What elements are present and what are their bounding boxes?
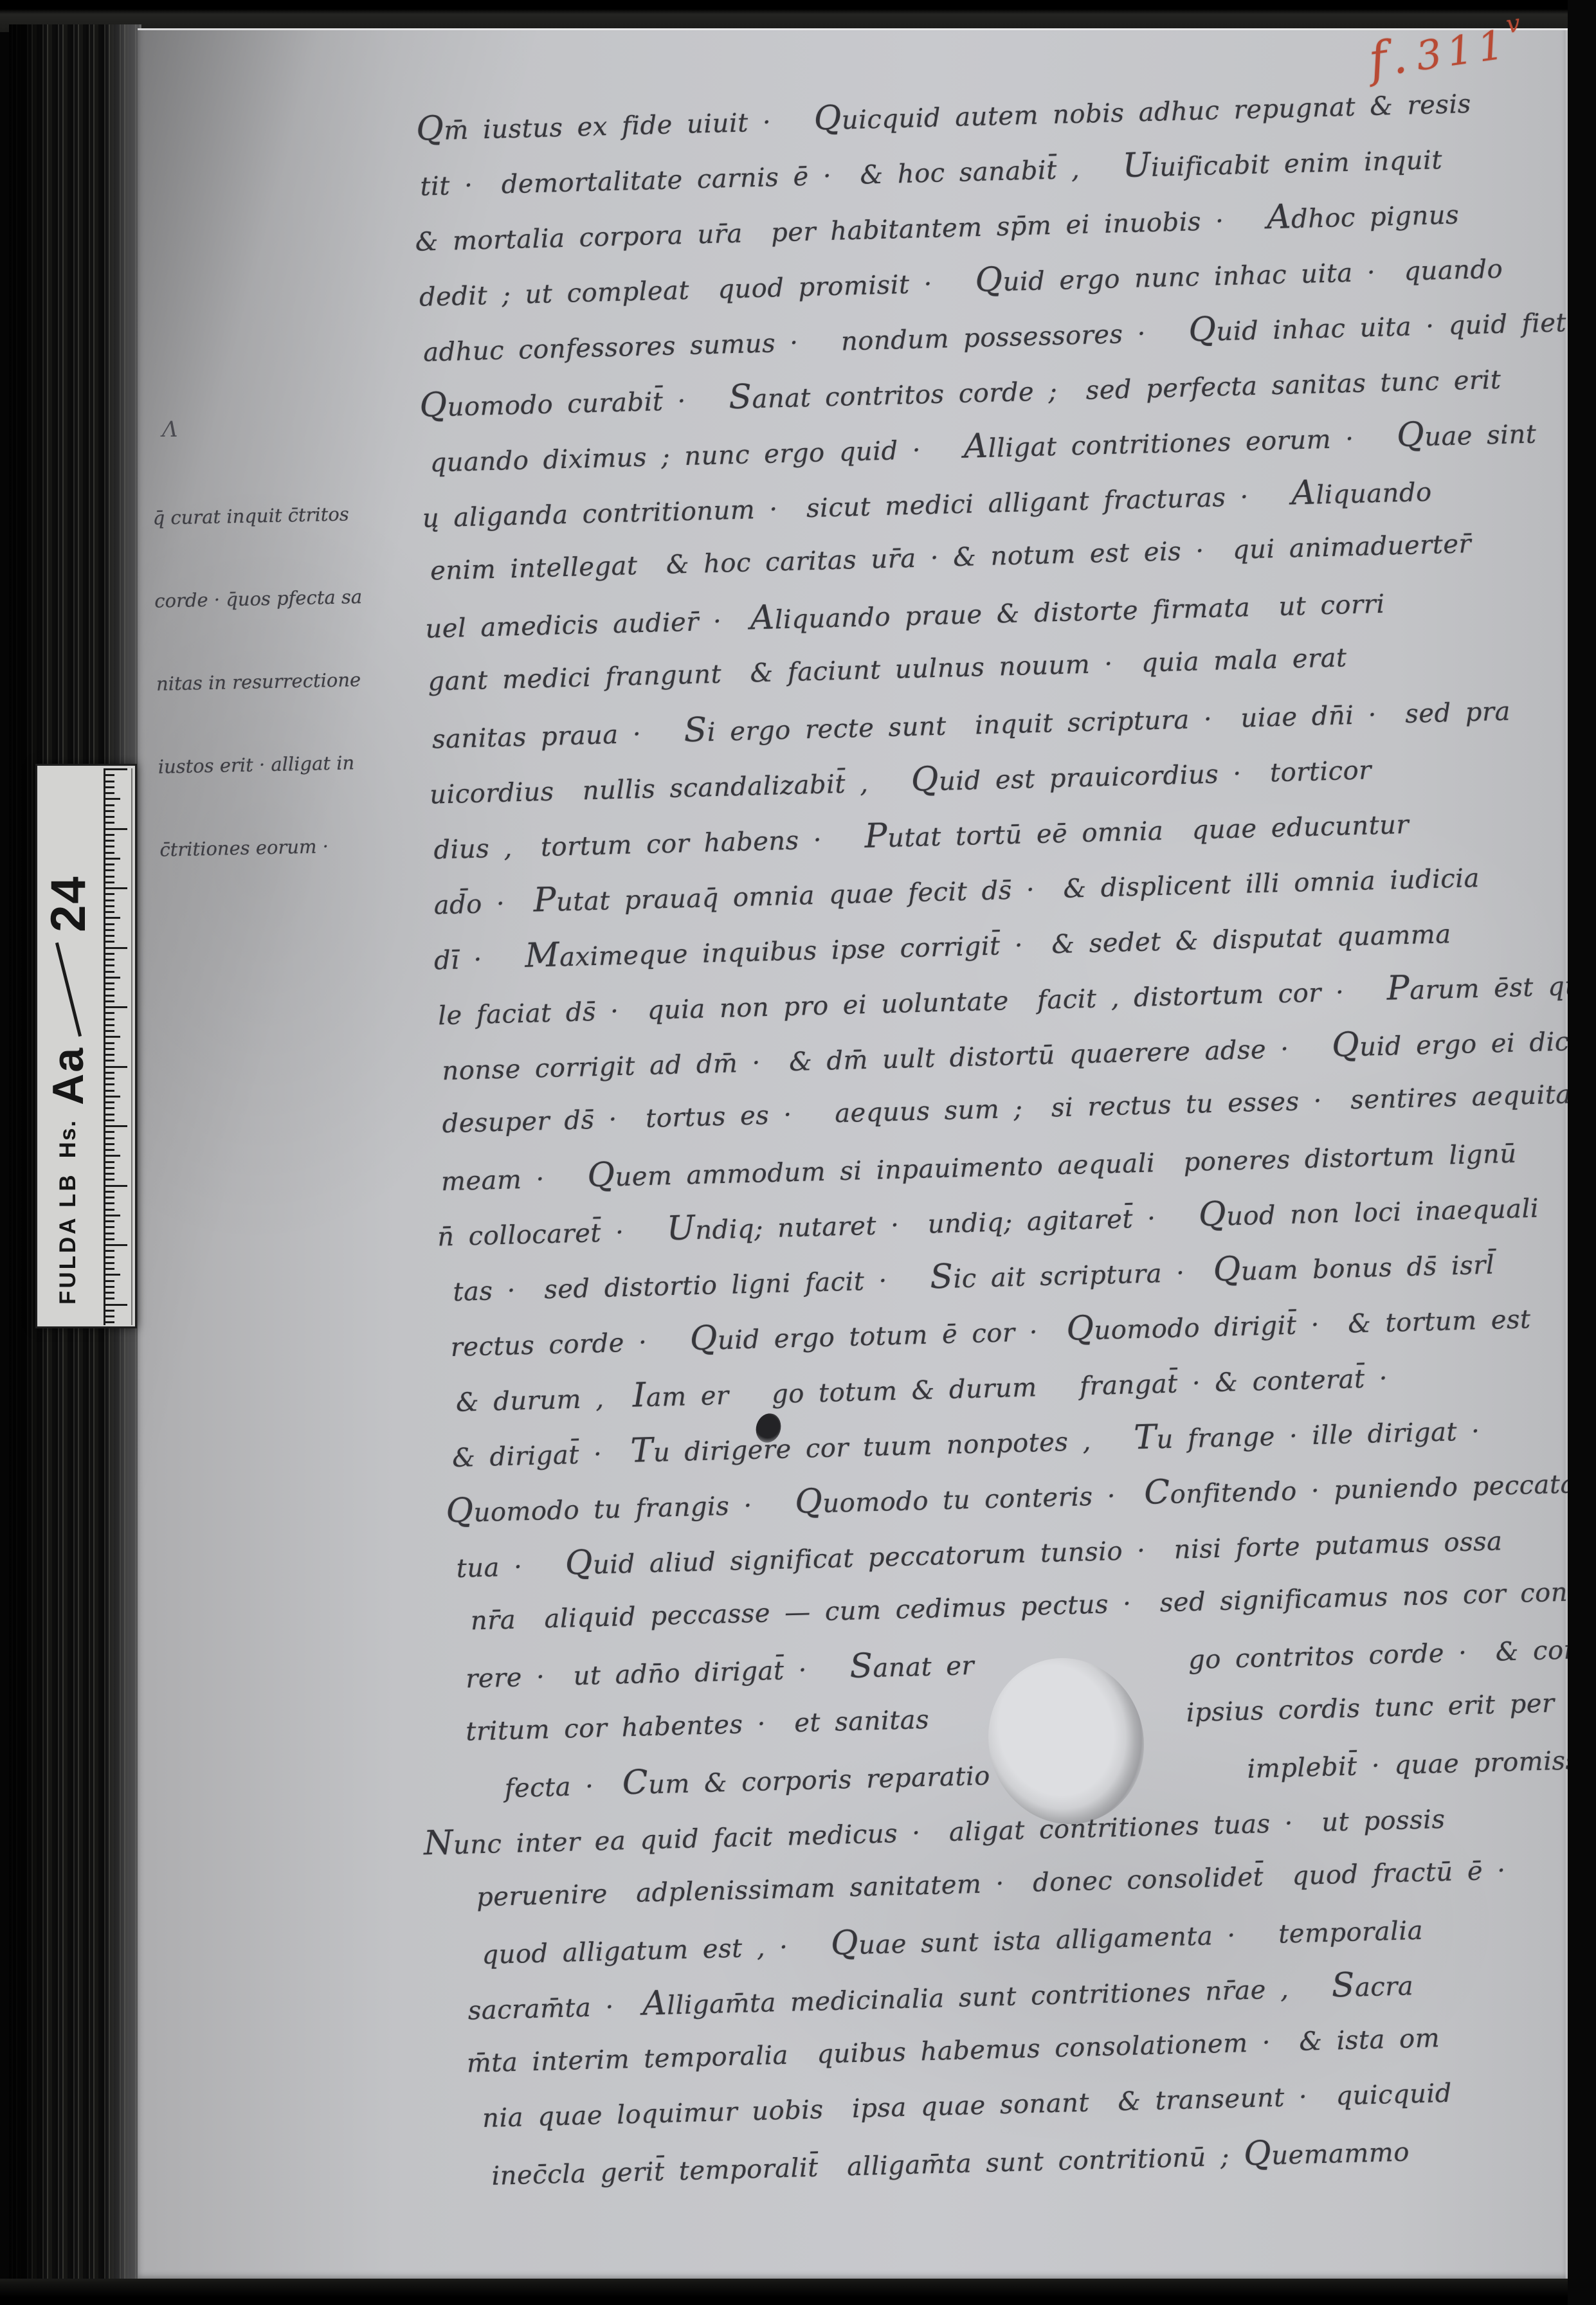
ruler-tick <box>105 982 114 984</box>
ruler-tick <box>105 1036 120 1038</box>
ruler-tick <box>105 1226 114 1228</box>
ruler-tick <box>105 1191 114 1193</box>
ruler-tick <box>105 959 114 961</box>
ruler-tick <box>105 1209 114 1211</box>
ruler-tick <box>105 1054 114 1056</box>
label-hs: Hs. <box>55 1119 81 1158</box>
ruler-tick <box>105 899 114 901</box>
ruler-tick <box>105 1292 114 1294</box>
ruler-tick <box>105 977 120 979</box>
ruler-tick <box>105 1310 114 1312</box>
ruler-tick <box>105 1048 114 1050</box>
ruler-tick <box>105 792 114 794</box>
ruler-tick <box>105 1018 114 1020</box>
ruler-tick <box>105 1167 114 1169</box>
ruler-tick <box>105 876 114 878</box>
ruler-tick <box>105 917 120 919</box>
ruler-tick <box>105 1197 114 1198</box>
shelf-label: FULDA LB Hs. Aa 24 <box>35 764 137 1328</box>
ruler-tick <box>105 1137 114 1139</box>
ruler-tick <box>105 834 114 836</box>
ruler-tick <box>105 1042 114 1044</box>
photo-dark-border-bottom <box>0 2279 1596 2305</box>
ruler-tick <box>105 1179 114 1180</box>
ruler-tick <box>105 971 114 973</box>
ruler-tick <box>105 1185 127 1187</box>
ruler-tick <box>105 774 114 776</box>
margin-note-line: corde · q̄uos pfecta sa <box>154 581 444 615</box>
ruler-tick <box>105 1233 114 1234</box>
ruler-tick <box>105 1220 114 1222</box>
ruler-tick <box>105 1030 114 1032</box>
ruler-tick <box>105 1107 114 1109</box>
ruler-tick <box>105 1060 114 1062</box>
ruler-tick <box>105 905 114 907</box>
ruler-tick <box>105 1125 127 1127</box>
ruler-tick <box>105 995 114 997</box>
ruler-tick <box>105 935 114 937</box>
ruler-tick <box>105 852 114 854</box>
label-divider <box>55 943 81 1037</box>
ruler-tick <box>105 1131 114 1133</box>
ruler-tick <box>105 858 120 860</box>
margin-note-line: nitas in resurrectione <box>156 664 446 698</box>
label-collection: Aa <box>43 1047 93 1105</box>
ruler-tick <box>105 1268 114 1270</box>
ruler-tick <box>105 941 114 943</box>
margin-note: q̄ curat inquit c̄tritos corde · q̄uos p… <box>151 443 450 919</box>
ruler-tick <box>105 887 127 889</box>
ruler-tick <box>105 810 114 812</box>
ruler-tick <box>105 840 114 842</box>
shelf-label-caption: FULDA LB Hs. Aa 24 <box>37 766 99 1326</box>
caret-mark: Λ <box>162 417 178 442</box>
ruler-tick <box>105 1012 114 1014</box>
ruler-tick <box>105 881 114 883</box>
ruler-tick <box>105 923 114 925</box>
ruler-tick <box>105 822 114 824</box>
ruler-tick <box>105 1244 127 1246</box>
ruler-tick <box>105 1143 114 1145</box>
ruler-tick <box>105 1149 114 1151</box>
ruler-tick <box>105 786 114 788</box>
ruler-tick <box>105 1297 114 1299</box>
label-number: 24 <box>41 875 96 932</box>
ruler-tick <box>105 1161 114 1163</box>
ruler-tick <box>105 845 114 847</box>
label-library: FULDA LB <box>55 1172 81 1305</box>
ruler-tick <box>105 1024 114 1026</box>
ruler-tick <box>105 1119 114 1121</box>
ruler-tick <box>105 1090 114 1092</box>
ruler-tick <box>105 988 114 990</box>
ruler-tick <box>105 1238 114 1240</box>
ruler-tick <box>105 1321 114 1323</box>
ruler-tick <box>105 1000 114 1002</box>
ruler-tick <box>105 1101 114 1103</box>
ruler-tick <box>105 1315 114 1317</box>
ruler-tick <box>105 781 114 782</box>
ruler-tick <box>105 893 114 895</box>
ruler-tick <box>105 1072 114 1074</box>
ruler-tick <box>105 1286 114 1288</box>
photo-dark-border-top <box>0 0 1596 32</box>
ruler-tick <box>105 1256 114 1258</box>
ruler-tick <box>105 1304 127 1306</box>
photo-dark-border-right <box>1568 0 1596 2305</box>
ruler-tick <box>105 1083 114 1085</box>
ruler-tick <box>105 1202 114 1204</box>
margin-note-line: c̄tritiones eorum · <box>159 830 449 863</box>
ruler-tick <box>105 1250 114 1252</box>
ruler-tick <box>105 1215 120 1216</box>
ruler-tick <box>105 869 114 871</box>
margin-note-line: q̄ curat inquit c̄tritos <box>152 498 442 532</box>
ruler-tick <box>105 1114 114 1116</box>
main-text-block: Qm̄ iustus ex fide uiuit · Quicquid aute… <box>412 71 1596 2201</box>
ruler-tick <box>105 1006 127 1008</box>
ruler-tick <box>105 804 114 806</box>
ruler-tick <box>105 798 120 800</box>
ruler <box>104 768 105 1325</box>
ruler-tick <box>105 947 127 949</box>
margin-note-line: iustos erit · alligat in <box>158 747 448 781</box>
ruler-tick <box>105 1274 120 1276</box>
ruler-tick <box>105 929 114 931</box>
ruler-tick <box>105 964 114 966</box>
ruler-tick <box>105 1262 114 1264</box>
ruler-tick <box>105 828 127 830</box>
ruler-tick <box>105 816 114 818</box>
manuscript-photo: f. 311v Λ q̄ curat inquit c̄tritos corde… <box>0 0 1596 2305</box>
ruler-tick <box>105 1078 114 1080</box>
ruler-tick <box>105 1280 114 1282</box>
ruler-tick <box>105 768 127 770</box>
ruler-tick <box>105 1155 120 1157</box>
ruler-tick <box>105 863 114 865</box>
ruler-tick <box>105 953 114 955</box>
ruler-tick <box>105 1066 127 1068</box>
ruler-edge-line <box>131 768 132 1325</box>
ruler-tick <box>105 1173 114 1175</box>
ruler-tick <box>105 911 114 913</box>
ruler-tick <box>105 1096 120 1098</box>
